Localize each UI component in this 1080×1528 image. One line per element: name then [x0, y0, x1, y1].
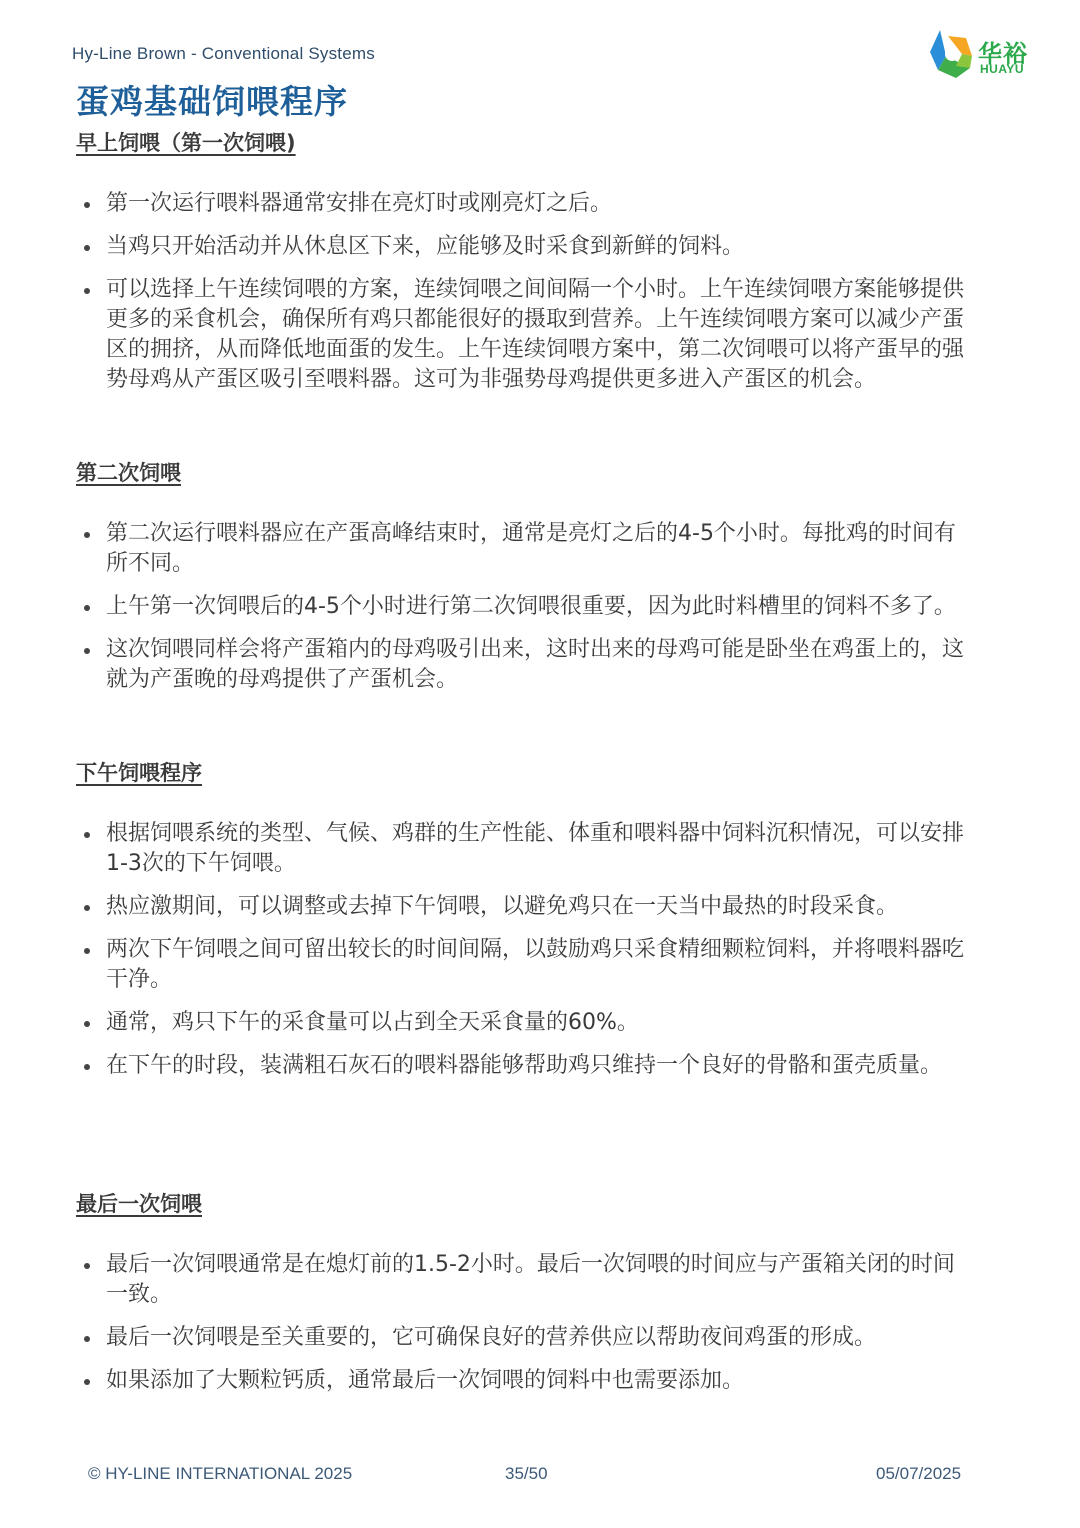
- morning-feeding-list: 第一次运行喂料器通常安排在亮灯时或刚亮灯之后。 当鸡只开始活动并从休息区下来，应…: [76, 189, 976, 408]
- bullet-icon: [84, 605, 90, 611]
- list-item-text: 这次饲喂同样会将产蛋箱内的母鸡吸引出来，这时出来的母鸡可能是卧坐在鸡蛋上的，这就…: [106, 637, 964, 692]
- list-item-text: 通常，鸡只下午的采食量可以占到全天采食量的60%。: [106, 1010, 639, 1035]
- list-item-text: 在下午的时段，装满粗石灰石的喂料器能够帮助鸡只维持一个良好的骨骼和蛋壳质量。: [106, 1053, 942, 1078]
- list-item-text: 两次下午饲喂之间可留出较长的时间间隔，以鼓励鸡只采食精细颗粒饲料，并将喂料器吃干…: [106, 937, 964, 992]
- bullet-icon: [84, 648, 90, 654]
- bullet-icon: [84, 1263, 90, 1269]
- list-item: 上午第一次饲喂后的4-5个小时进行第二次饲喂很重要，因为此时料槽里的饲料不多了。: [76, 592, 976, 622]
- list-item-text: 最后一次饲喂通常是在熄灯前的1.5-2小时。最后一次饲喂的时间应与产蛋箱关闭的时…: [106, 1252, 955, 1307]
- bullet-icon: [84, 905, 90, 911]
- list-item-text: 热应激期间，可以调整或去掉下午饲喂，以避免鸡只在一天当中最热的时段采食。: [106, 894, 898, 919]
- bullet-icon: [84, 948, 90, 954]
- list-item: 通常，鸡只下午的采食量可以占到全天采食量的60%。: [76, 1008, 976, 1038]
- bullet-icon: [84, 202, 90, 208]
- list-item-text: 上午第一次饲喂后的4-5个小时进行第二次饲喂很重要，因为此时料槽里的饲料不多了。: [106, 594, 956, 619]
- list-item: 当鸡只开始活动并从休息区下来，应能够及时采食到新鲜的饲料。: [76, 232, 976, 262]
- list-item: 第二次运行喂料器应在产蛋高峰结束时，通常是亮灯之后的4-5个小时。每批鸡的时间有…: [76, 519, 976, 579]
- list-item-text: 第一次运行喂料器通常安排在亮灯时或刚亮灯之后。: [106, 191, 612, 216]
- page-title: 蛋鸡基础饲喂程序: [76, 76, 348, 123]
- bullet-icon: [84, 832, 90, 838]
- list-item: 最后一次饲喂是至关重要的，它可确保良好的营养供应以帮助夜间鸡蛋的形成。: [76, 1323, 976, 1353]
- bullet-icon: [84, 1379, 90, 1385]
- bullet-icon: [84, 1336, 90, 1342]
- list-item: 最后一次饲喂通常是在熄灯前的1.5-2小时。最后一次饲喂的时间应与产蛋箱关闭的时…: [76, 1250, 976, 1310]
- huayu-logo-icon: [926, 26, 976, 82]
- list-item: 可以选择上午连续饲喂的方案，连续饲喂之间间隔一个小时。上午连续饲喂方案能够提供更…: [76, 275, 976, 395]
- list-item: 在下午的时段，装满粗石灰石的喂料器能够帮助鸡只维持一个良好的骨骼和蛋壳质量。: [76, 1051, 976, 1081]
- document-subtitle: Hy-Line Brown - Conventional Systems: [72, 44, 375, 64]
- list-item: 两次下午饲喂之间可留出较长的时间间隔，以鼓励鸡只采食精细颗粒饲料，并将喂料器吃干…: [76, 935, 976, 995]
- list-item: 这次饲喂同样会将产蛋箱内的母鸡吸引出来，这时出来的母鸡可能是卧坐在鸡蛋上的，这就…: [76, 635, 976, 695]
- section-heading-last-feeding: 最后一次饲喂: [76, 1188, 202, 1218]
- footer-date: 05/07/2025: [876, 1464, 961, 1484]
- bullet-icon: [84, 245, 90, 251]
- huayu-logo: 华裕 HUAYU: [926, 26, 1046, 82]
- bullet-icon: [84, 288, 90, 294]
- last-feeding-list: 最后一次饲喂通常是在熄灯前的1.5-2小时。最后一次饲喂的时间应与产蛋箱关闭的时…: [76, 1250, 976, 1409]
- list-item: 热应激期间，可以调整或去掉下午饲喂，以避免鸡只在一天当中最热的时段采食。: [76, 892, 976, 922]
- list-item: 如果添加了大颗粒钙质，通常最后一次饲喂的饲料中也需要添加。: [76, 1366, 976, 1396]
- bullet-icon: [84, 532, 90, 538]
- bullet-icon: [84, 1021, 90, 1027]
- second-feeding-list: 第二次运行喂料器应在产蛋高峰结束时，通常是亮灯之后的4-5个小时。每批鸡的时间有…: [76, 519, 976, 708]
- bullet-icon: [84, 1064, 90, 1070]
- logo-text-en: HUAYU: [980, 62, 1024, 76]
- afternoon-feeding-list: 根据饲喂系统的类型、气候、鸡群的生产性能、体重和喂料器中饲料沉积情况，可以安排1…: [76, 819, 976, 1094]
- list-item-text: 可以选择上午连续饲喂的方案，连续饲喂之间间隔一个小时。上午连续饲喂方案能够提供更…: [106, 277, 964, 392]
- section-heading-morning-feeding: 早上饲喂（第一次饲喂): [76, 127, 296, 157]
- footer-copyright: © HY-LINE INTERNATIONAL 2025: [88, 1464, 352, 1484]
- section-heading-second-feeding: 第二次饲喂: [76, 457, 181, 487]
- list-item: 第一次运行喂料器通常安排在亮灯时或刚亮灯之后。: [76, 189, 976, 219]
- list-item-text: 最后一次饲喂是至关重要的，它可确保良好的营养供应以帮助夜间鸡蛋的形成。: [106, 1325, 876, 1350]
- list-item-text: 第二次运行喂料器应在产蛋高峰结束时，通常是亮灯之后的4-5个小时。每批鸡的时间有…: [106, 521, 956, 576]
- section-heading-afternoon-feeding: 下午饲喂程序: [76, 757, 202, 787]
- footer-page-number: 35/50: [505, 1464, 548, 1484]
- list-item-text: 根据饲喂系统的类型、气候、鸡群的生产性能、体重和喂料器中饲料沉积情况，可以安排1…: [106, 821, 964, 876]
- list-item-text: 如果添加了大颗粒钙质，通常最后一次饲喂的饲料中也需要添加。: [106, 1368, 744, 1393]
- list-item-text: 当鸡只开始活动并从休息区下来，应能够及时采食到新鲜的饲料。: [106, 234, 744, 259]
- list-item: 根据饲喂系统的类型、气候、鸡群的生产性能、体重和喂料器中饲料沉积情况，可以安排1…: [76, 819, 976, 879]
